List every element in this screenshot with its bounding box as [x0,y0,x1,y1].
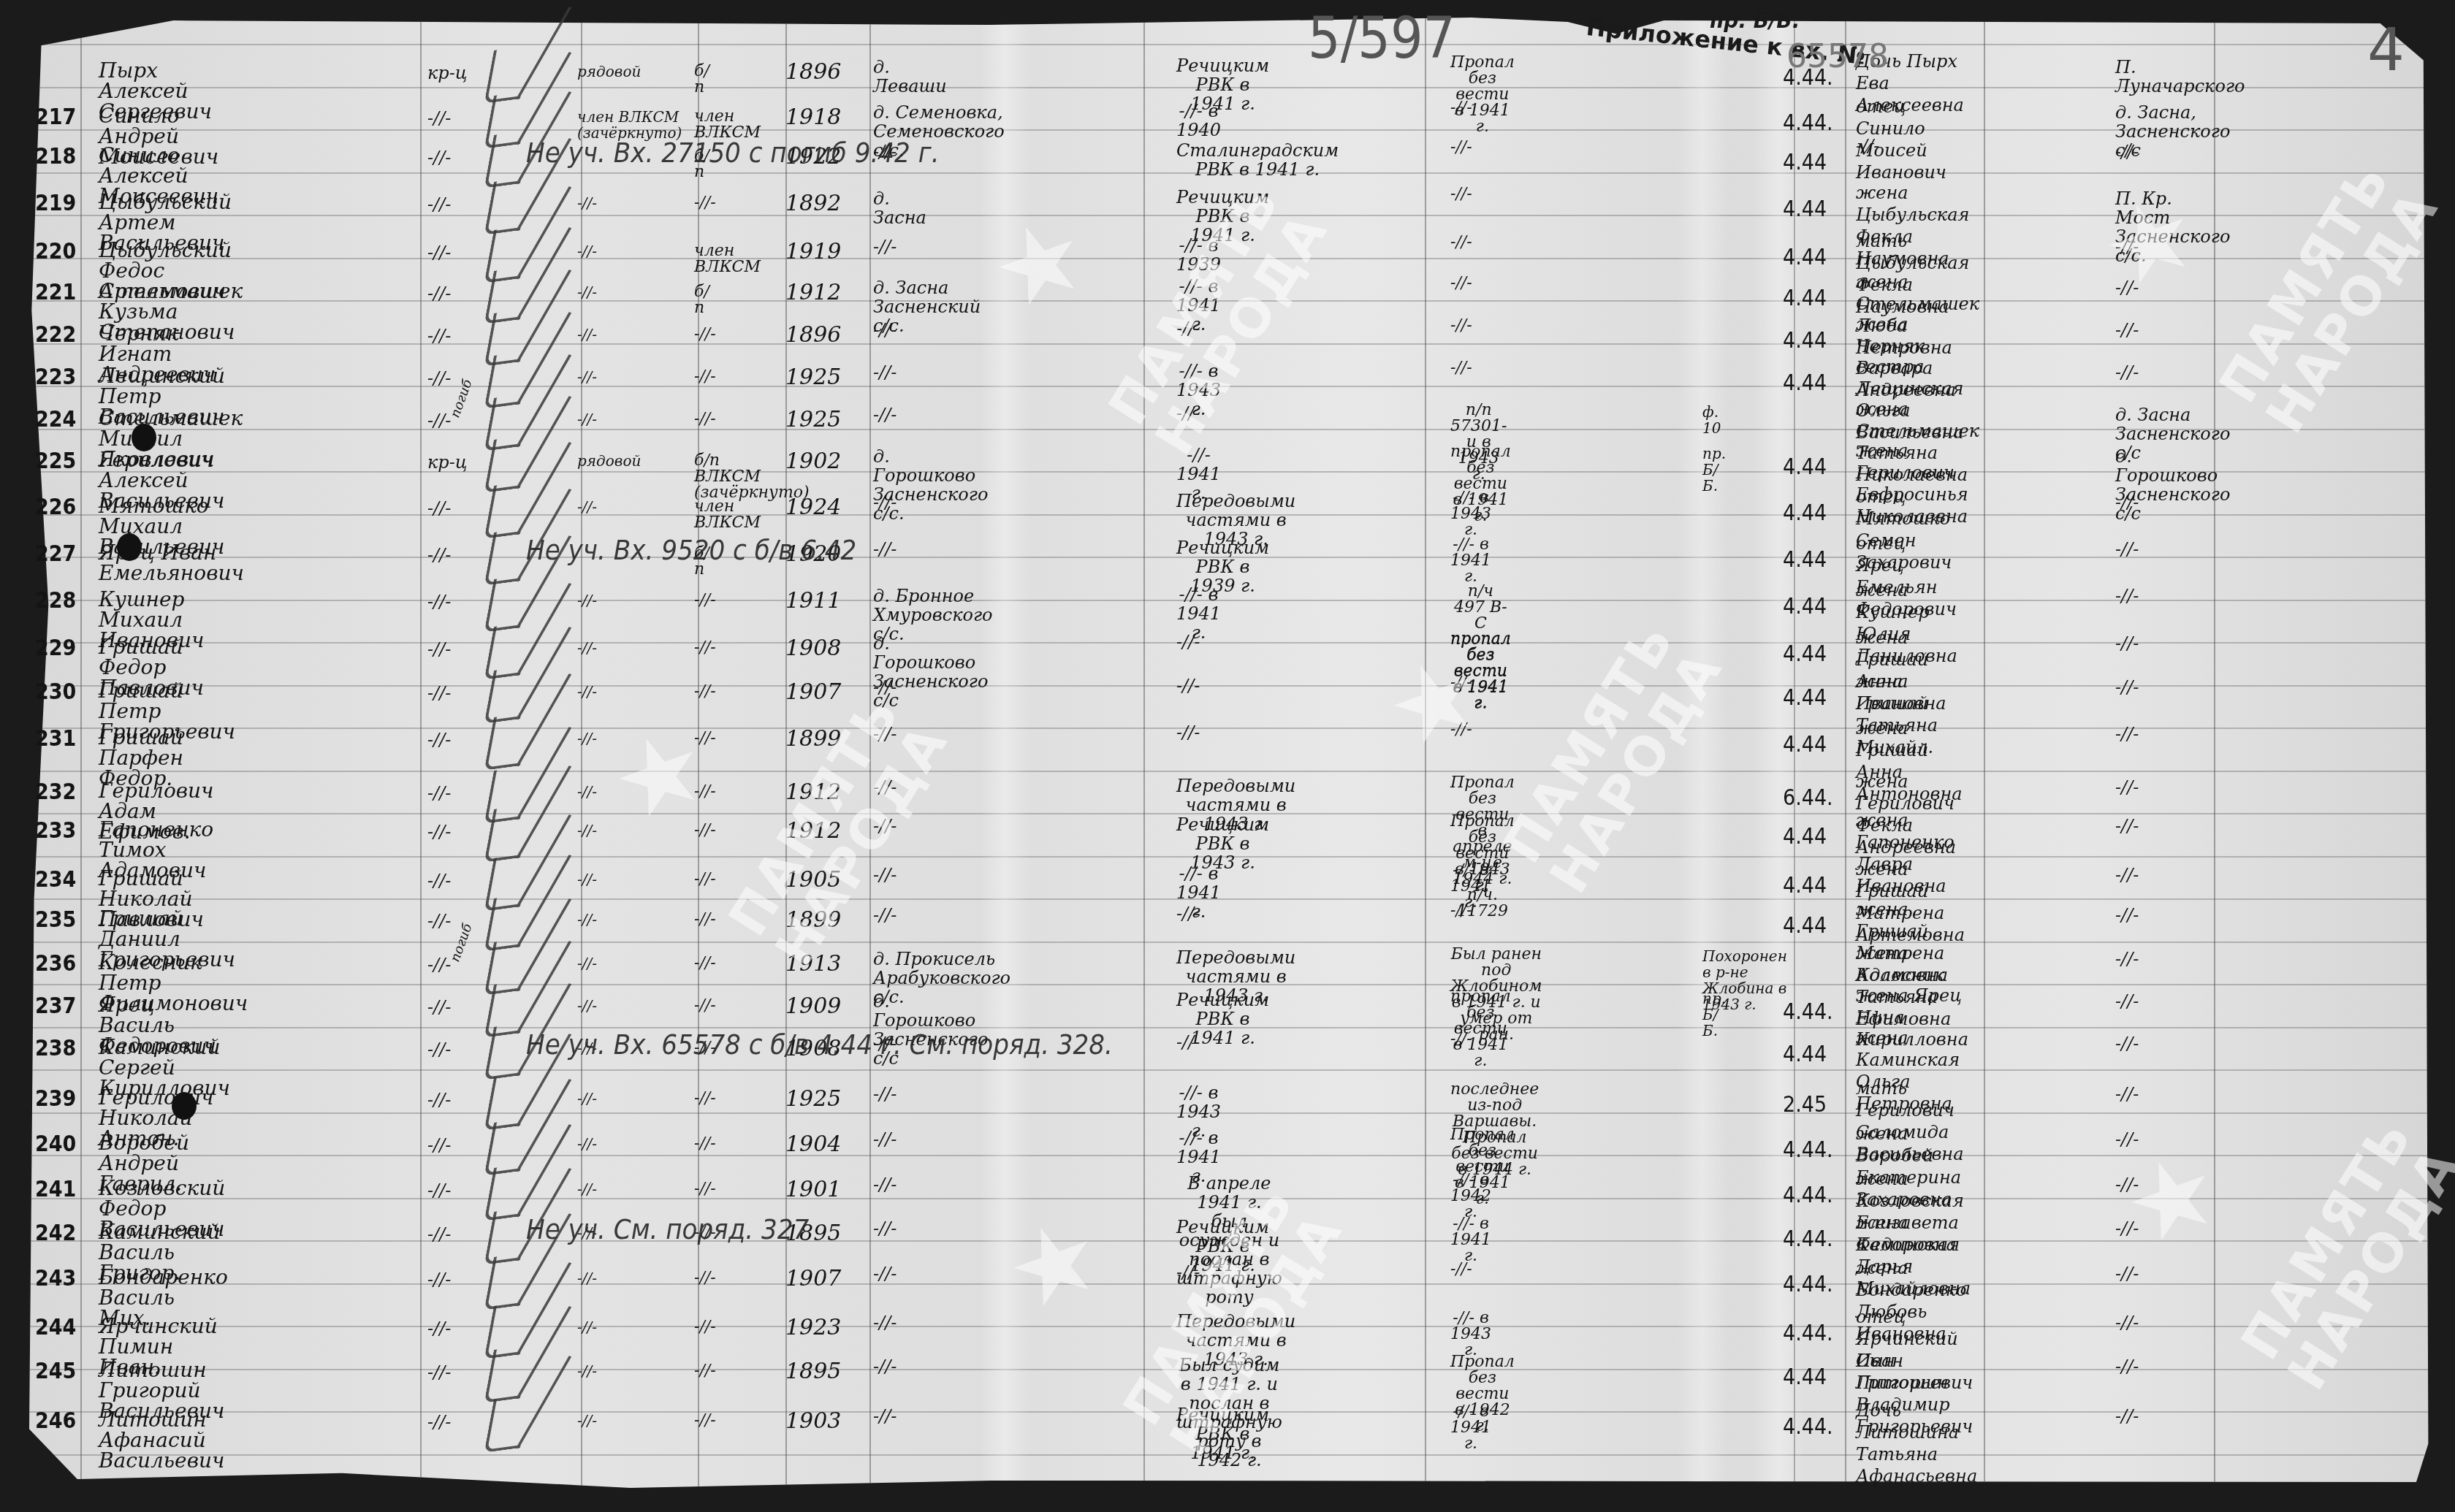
fate: -//- [1450,140,1472,156]
row-number: 232 [35,781,76,804]
birth-year: 1924 [785,496,841,519]
ruled-line [29,771,2433,772]
birth-year: 1925 [785,408,841,432]
ruled-line [29,942,2433,943]
relative-address: -//- [2115,950,2139,969]
relative-address: -//- [2115,1264,2139,1283]
notice-date: 4.44. [1783,1273,1833,1297]
conscription: -//- [1176,633,1200,652]
relative-address: -//- [2115,778,2139,797]
party-status: -//- [694,684,716,700]
row-number: 220 [35,240,76,264]
notice-date: 4.44 [1783,151,1827,175]
military-rank: -//- [427,284,451,303]
birthplace: -//- [873,363,897,382]
position: -//- [577,592,597,608]
party-status: -//- [694,730,716,747]
position: -//- [577,327,597,343]
military-rank: -//- [427,327,451,345]
row-number: 238 [35,1037,76,1061]
column-rule [1143,16,1145,1488]
note: пр. Б/Б. [1702,990,1726,1039]
birth-year: 1902 [785,450,841,473]
position: -//- [577,998,597,1014]
position: -//- [577,284,597,300]
conscription: -//- в 1940 [1176,102,1221,140]
birth-year: 1925 [785,1088,841,1111]
fate: -//- в 1941 г. [1450,537,1491,585]
relative-address: -//- [2115,725,2139,744]
note: ф. 10 [1702,404,1721,436]
row-number: 245 [35,1360,76,1383]
position: -//- [577,955,597,971]
row-number: 219 [35,192,76,215]
relative-address: -//- [2115,1407,2139,1426]
row-number: 229 [35,637,76,660]
notice-date: 4.44. [1783,1416,1833,1439]
row-number: 226 [35,496,76,519]
relative-address: -//- [2115,1313,2139,1332]
ruled-line [29,1155,2433,1156]
birth-year: 1895 [785,1360,841,1383]
relative: Дочь Литошина Татьяна Афанасьевна [1856,1400,1977,1487]
notice-date: 4.44 [1783,329,1827,353]
column-rule [1984,16,1985,1488]
military-rank: -//- [427,1363,451,1382]
military-rank: -//- [427,912,451,931]
birth-year: 1904 [785,1133,841,1156]
row-number: 218 [35,145,76,169]
notice-date: 4.44 [1783,733,1827,757]
overlay-annotation: Не уч. Вх. 27150 с погиб 9.42 г. [526,137,940,169]
notice-date: 4.44 [1783,198,1827,221]
birth-year: 1907 [785,681,841,704]
military-rank: -//- [427,730,451,749]
overlay-annotation: Не уч. Вх. 65578 с б/в 4.44 г. См. поряд… [526,1028,1113,1061]
notice-date: 4.44. [1783,1322,1833,1345]
party-status: -//- [694,1413,716,1429]
relative-address: -//- [2115,587,2139,606]
notice-date: 4.44 [1783,643,1827,666]
fate: -//- [1450,360,1472,376]
military-rank: -//- [427,148,451,167]
military-rank: -//- [427,784,451,803]
row-number: 237 [35,995,76,1018]
ruled-line [29,642,2433,644]
ruled-line [29,129,2433,131]
notice-date: 4.44 [1783,687,1827,710]
ruled-line [29,429,2433,430]
military-rank: -//- [427,640,451,659]
party-status: -//- [694,1270,716,1286]
military-rank: -//- [427,109,451,128]
conscription: -//- [1176,676,1200,695]
row-number: 240 [35,1133,76,1156]
birthplace: -//- [873,540,897,559]
ink-blot [132,424,156,451]
position: -//- [577,369,597,385]
appendix-stamp-number: 65578 [1786,38,1889,75]
birth-year: 1901 [785,1178,841,1202]
birthplace: -//- [873,493,897,512]
row-number: 225 [35,450,76,473]
party-status: б/п [694,64,709,96]
position: -//- [577,243,597,259]
ruled-line [29,1112,2433,1114]
ruled-line [29,728,2433,729]
birthplace: -//- [873,1219,897,1238]
birthplace: -//- [873,405,897,424]
party-status: б/п [694,284,709,316]
fate: -//- [1450,100,1472,116]
relative-address: -//- [2115,678,2139,697]
birth-year: 1909 [785,995,841,1018]
ruled-line [29,685,2433,687]
position: -//- [577,912,597,928]
party-status: -//- [694,411,716,427]
birth-year: 1912 [785,281,841,305]
row-number: 246 [35,1410,76,1433]
row-number: 244 [35,1316,76,1340]
row-number: 243 [35,1267,76,1291]
military-rank: -//- [427,871,451,890]
military-rank: -//- [427,592,451,611]
relative-address: -//- [2115,634,2139,653]
birthplace: -//- [873,1175,897,1194]
birthplace: д. Горошково Засненского с/с [873,634,988,710]
military-rank: -//- [427,1413,451,1432]
row-number: 222 [35,324,76,347]
birthplace: -//- [873,906,897,925]
row-number: 233 [35,820,76,843]
notice-date: 4.44 [1783,874,1827,898]
fate: -//- [1450,234,1472,251]
relative-address: -//- [2115,866,2139,885]
birthplace: -//- [873,1264,897,1283]
military-rank: -//- [427,1319,451,1338]
notice-date: 4.44. [1783,112,1833,135]
birth-year: 1907 [785,1267,841,1291]
military-rank: -//- [427,1181,451,1200]
party-status: член ВЛКСМ [694,499,761,531]
position: -//- [577,784,597,800]
page-number: 4 [2367,16,2405,84]
relative-address: -//- [2115,817,2139,836]
birth-year: 1903 [785,1410,841,1433]
party-status: -//- [694,998,716,1014]
birth-year: 1896 [785,324,841,347]
position: -//- [577,1363,597,1379]
notice-date: 4.44. [1783,1184,1833,1207]
row-number: 241 [35,1178,76,1202]
party-status: -//- [694,1319,716,1335]
row-number: 242 [35,1222,76,1245]
fate: -//- [1450,1261,1472,1278]
row-number: 234 [35,868,76,892]
note: пр. Б/Б. [1702,446,1726,494]
ink-blot [117,533,142,561]
fate: -//- в 1943 г. [1450,490,1491,538]
ink-blot [172,1092,197,1120]
military-rank: -//- [427,1225,451,1244]
conscription: -//- [1176,723,1200,742]
fate: -//- [1450,186,1472,202]
row-number: 224 [35,408,76,432]
birthplace: -//- [873,321,897,340]
notice-date: 4.44 [1783,1043,1827,1066]
notice-date: 4.44 [1783,502,1827,525]
notice-date: 4.44 [1783,287,1827,310]
military-rank: -//- [427,822,451,841]
relative-address: -//- [2115,540,2139,559]
party-status: -//- [694,640,716,656]
notice-date: 4.44 [1783,549,1827,572]
row-number: 228 [35,589,76,613]
military-rank: -//- [427,684,451,703]
party-status: -//- [694,1363,716,1379]
notice-date: 4.44 [1783,1366,1827,1389]
appendix-stamp-note: пр. Б/Б. [1710,9,1800,33]
birthplace: д. Леваши [873,58,947,96]
birthplace: -//- [873,1085,897,1104]
position: -//- [577,195,597,211]
paper-fold [1677,16,1728,1488]
birth-year: 1925 [785,366,841,389]
row-number: 231 [35,728,76,751]
military-rank: кр-ц [427,64,468,83]
position: -//- [577,684,597,700]
overlay-annotation: Не уч. Вх. 9520 с б/в 6.42 [526,534,856,566]
soldier-name: Литошин Афанасий Васильевич [99,1410,224,1471]
fate: пропал без вести в 1941 г. [1450,989,1511,1069]
military-rank: -//- [427,546,451,565]
position: -//- [577,1270,597,1286]
position: -//- [577,1136,597,1152]
notice-date: 4.44 [1783,372,1827,395]
position: -//- [577,1319,597,1335]
military-rank: -//- [427,1091,451,1110]
military-rank: -//- [427,499,451,518]
birthplace: -//- [873,1313,897,1332]
position: рядовой [577,453,641,469]
military-rank: -//- [427,369,451,388]
row-number: 223 [35,366,76,389]
column-rule [80,16,82,1488]
position: -//- [577,1413,597,1429]
fate: -//- [1450,318,1472,334]
fate: -//- [1450,1031,1472,1047]
fate: -//- [1450,275,1472,291]
party-status: -//- [694,1136,716,1152]
column-rule [420,16,422,1488]
notice-date: 4.44 [1783,915,1827,938]
relative-address: -//- [2115,906,2139,925]
notice-date: 4.44 [1783,825,1827,849]
party-status: -//- [694,912,716,928]
position: -//- [577,499,597,515]
party-status: -//- [694,327,716,343]
birth-year: 1923 [785,1316,841,1340]
military-rank: кр-ц [427,453,468,472]
notice-date: 6.44. [1783,787,1833,810]
notice-date: 4.44. [1783,1139,1833,1162]
position: -//- [577,640,597,656]
birthplace: -//- [873,1407,897,1426]
fate: -//- в 1941 г. [1450,1404,1491,1452]
archive-number: 5/597 [1308,6,1455,72]
military-rank: -//- [427,1040,451,1059]
ruled-line [29,44,2433,45]
notice-date: 2.45 [1783,1093,1827,1117]
party-status: б/п ВЛКСМ (зачёркнуто) [694,453,782,501]
ruled-line [29,600,2433,601]
ruled-line [29,898,2433,900]
birthplace: -//- [873,237,897,256]
relative-address: -//- [2115,1085,2139,1104]
position: рядовой [577,64,641,80]
military-rank: -//- [427,1136,451,1155]
fate: Пропал без вести в 1941 г. [1450,55,1515,135]
relative-address: -//- [2115,1034,2139,1053]
column-rule [581,16,582,1488]
fate: -//- в 1943 г. [1450,1310,1491,1359]
party-status: -//- [694,871,716,887]
relative: -//- [1856,135,1879,157]
notice-date: 4.44. [1783,1001,1833,1024]
birthplace: д. Засна [873,189,926,227]
birthplace: -//- [873,1130,897,1149]
position: -//- [577,822,597,839]
position: -//- [577,1091,597,1107]
military-rank: -//- [427,998,451,1017]
birth-year: 1908 [785,637,841,660]
birth-year: 1892 [785,192,841,215]
notice-date: 4.44. [1783,1228,1833,1251]
birth-year: 1911 [785,589,841,613]
conscription: Сталинградским РВК в 1941 г. [1176,141,1339,179]
party-status: -//- [694,1091,716,1107]
row-number: 235 [35,909,76,932]
position: -//- [577,411,597,427]
relative-address: -//- [2115,992,2139,1011]
column-rule [1845,16,1846,1488]
row-number: 236 [35,952,76,976]
birth-year: 1919 [785,240,841,264]
row-number: 230 [35,681,76,704]
party-status: -//- [694,195,716,211]
relative-address: -//- [2115,363,2139,382]
fate: -//- [1450,903,1472,919]
party-status: -//- [694,955,716,971]
ruled-line [29,471,2433,473]
ruled-line [29,1069,2433,1071]
row-number: 217 [35,106,76,129]
party-status: член ВЛКСМ [694,243,761,275]
row-number: 239 [35,1088,76,1111]
row-number: 227 [35,543,76,566]
relative-address: П. Луначарского [2115,58,2245,96]
relative-address: -//- [2115,321,2139,340]
birth-year: 1896 [785,61,841,84]
position: -//- [577,871,597,887]
military-rank: -//- [427,1270,451,1289]
notice-date: 4.44 [1783,595,1827,619]
conscription: -//- [1176,1033,1200,1052]
birthplace: -//- [873,1357,897,1376]
fate: -//- в 1941 г. [1450,1216,1491,1264]
party-status: -//- [694,1181,716,1197]
birth-year: 1918 [785,106,841,129]
fate: -//- в 1942 г. [1450,1172,1491,1221]
party-status: -//- [694,369,716,385]
position: -//- [577,730,597,747]
relative-address: -//- [2115,493,2139,512]
notice-date: 4.44 [1783,456,1827,479]
notice-date: 4.44 [1783,246,1827,270]
position: -//- [577,1181,597,1197]
row-number: 221 [35,281,76,305]
conscription: -//- [1176,904,1200,923]
relative-address: -//- [2115,1130,2139,1149]
relative-address: -//- [2115,142,2139,161]
military-rank: -//- [427,243,451,262]
relative-address: -//- [2115,1357,2139,1376]
military-rank: -//- [427,195,451,214]
party-status: -//- [694,592,716,608]
